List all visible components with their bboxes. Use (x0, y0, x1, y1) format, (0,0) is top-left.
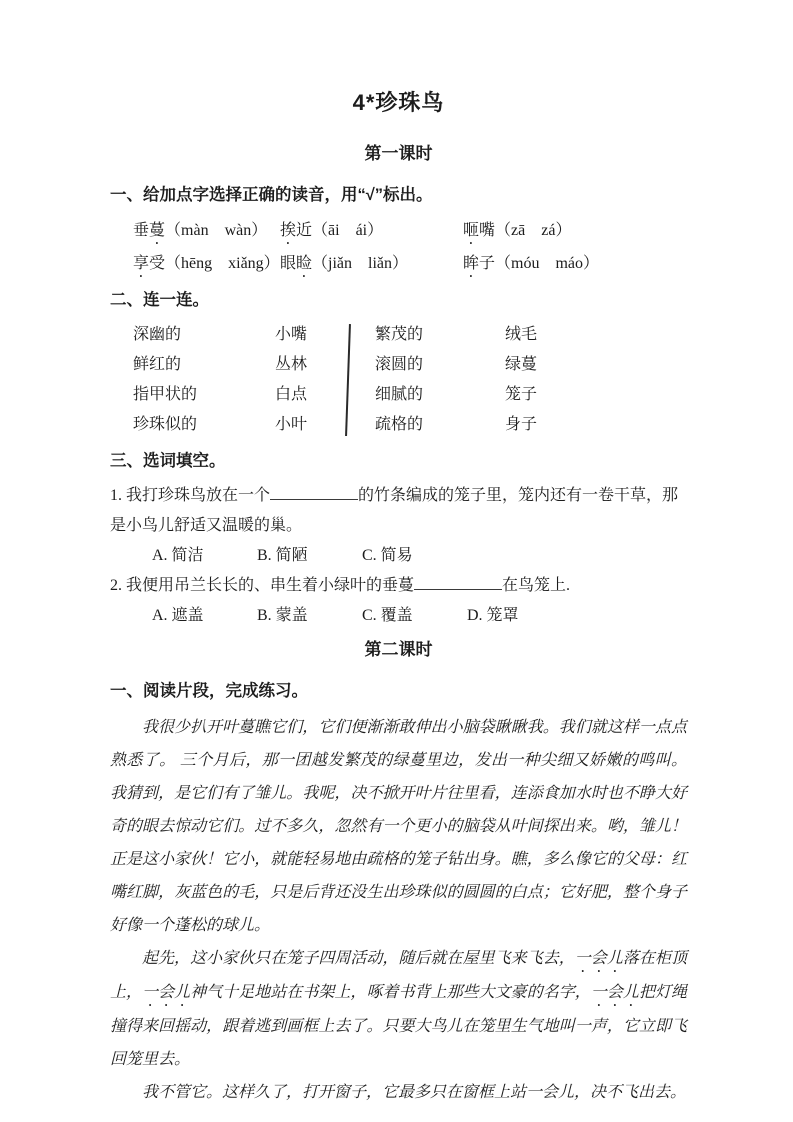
dotted-char: 蔓 (149, 222, 165, 239)
match-cell: 绒毛 (505, 320, 687, 350)
pinyin-exercise: 垂蔓（màn wàn） 挨近（āi ái） 咂嘴（zā zá） 享受（hēng … (110, 215, 687, 281)
pinyin-reading: （jiǎn liǎn） (312, 255, 408, 272)
match-row: 指甲状的 白点 细腻的 笼子 (133, 380, 687, 410)
pinyin-reading: （hēng xiǎng） (165, 255, 280, 272)
pinyin-word: 眼睑 (280, 255, 312, 272)
pinyin-item: 享受（hēng xiǎng） (133, 248, 280, 281)
match-row: 深幽的 小嘴 繁茂的 绒毛 (133, 320, 687, 350)
dotted-char: 眸 (463, 255, 479, 272)
option-label: C. 覆盖 (362, 601, 467, 631)
match-cell: 鲜红的 (133, 350, 275, 380)
passage-paragraph-3: 我不管它。这样久了，打开窗子，它最多只在窗框上站一会儿，决不飞出去。 (110, 1076, 687, 1109)
reading-exercise-heading: 一、阅读片段，完成练习。 (110, 678, 687, 704)
option-label: B. 简陋 (257, 541, 362, 571)
match-cell: 滚圆的 (375, 350, 505, 380)
question-2-options: A. 遮盖 B. 蒙盖 C. 覆盖 D. 笼罩 (110, 601, 687, 631)
match-cell: 小叶 (275, 410, 375, 440)
match-cell: 身子 (505, 410, 687, 440)
match-cell: 丛林 (275, 350, 375, 380)
pinyin-reading: （màn wàn） (165, 222, 267, 239)
pinyin-item: 挨近（āi ái） (280, 215, 463, 248)
match-cell: 细腻的 (375, 380, 505, 410)
pinyin-reading: （āi ái） (312, 222, 383, 239)
worksheet-page: 4*珍珠鸟 第一课时 一、给加点字选择正确的读音，用“√”标出。 垂蔓（màn … (0, 0, 793, 1122)
dotted-char: 睑 (296, 255, 312, 272)
match-table: 深幽的 小嘴 繁茂的 绒毛 鲜红的 丛林 滚圆的 绿蔓 指甲状的 白点 细腻的 … (110, 320, 687, 440)
option-label: A. 简洁 (152, 541, 257, 571)
question-1: 1. 我打珍珠鸟放在一个的竹条编成的笼子里，笼内还有一卷干草，那是小鸟儿舒适又温… (110, 481, 687, 541)
exercise-3-heading: 三、选词填空。 (110, 448, 687, 474)
pinyin-word: 眸子 (463, 255, 495, 272)
pinyin-item: 眼睑（jiǎn liǎn） (280, 248, 463, 281)
option-label: A. 遮盖 (152, 601, 257, 631)
dotted-char: 享 (133, 255, 149, 272)
match-cell: 笼子 (505, 380, 687, 410)
dotted-char: 咂 (463, 222, 479, 239)
match-row: 鲜红的 丛林 滚圆的 绿蔓 (133, 350, 687, 380)
pinyin-word: 咂嘴 (463, 222, 495, 239)
passage-text: 神气十足地站在书架上，啄着书背上那些大文豪的名字， (190, 984, 591, 1001)
session-2-title: 第二课时 (110, 635, 687, 660)
session-1-title: 第一课时 (110, 139, 687, 164)
question-1-options: A. 简洁 B. 简陋 C. 简易 (110, 541, 687, 571)
option-label: D. 笼罩 (467, 601, 572, 631)
match-cell: 繁茂的 (375, 320, 505, 350)
pinyin-item: 垂蔓（màn wàn） (133, 215, 280, 248)
passage-text: 起先，这小家伙只在笼子四周活动，随后就在屋里飞来飞去， (142, 950, 575, 967)
page-title: 4*珍珠鸟 (110, 86, 687, 117)
match-cell: 珍珠似的 (133, 410, 275, 440)
match-cell: 小嘴 (275, 320, 375, 350)
match-cell: 深幽的 (133, 320, 275, 350)
question-text: 在鸟笼上. (502, 577, 570, 594)
emphasis-run: 一会儿 (591, 984, 639, 1001)
match-cell: 指甲状的 (133, 380, 275, 410)
question-text: 我便用吊兰长长的、串生着小绿叶的垂蔓 (126, 577, 414, 594)
exercise-1-heading: 一、给加点字选择正确的读音，用“√”标出。 (110, 182, 687, 208)
passage-paragraph-2: 起先，这小家伙只在笼子四周活动，随后就在屋里飞来飞去，一会儿落在柜顶上，一会儿神… (110, 942, 687, 1076)
question-number: 2. (110, 577, 122, 594)
exercise-2-heading: 二、连一连。 (110, 287, 687, 313)
pinyin-item: 咂嘴（zā zá） (463, 215, 687, 248)
pinyin-reading: （móu máo） (495, 255, 599, 272)
pinyin-reading: （zā zá） (495, 222, 571, 239)
pinyin-word: 垂蔓 (133, 222, 165, 239)
pinyin-word: 享受 (133, 255, 165, 272)
option-label: B. 蒙盖 (257, 601, 362, 631)
emphasis-run: 一会儿 (142, 984, 190, 1001)
match-cell: 白点 (275, 380, 375, 410)
match-cell: 绿蔓 (505, 350, 687, 380)
pinyin-item: 眸子（móu máo） (463, 248, 687, 281)
match-row: 珍珠似的 小叶 疏格的 身子 (133, 410, 687, 440)
dotted-char: 挨 (280, 222, 296, 239)
question-2: 2. 我便用吊兰长长的、串生着小绿叶的垂蔓在鸟笼上. (110, 571, 687, 601)
question-number: 1. (110, 487, 122, 504)
option-label: C. 简易 (362, 541, 467, 571)
passage-paragraph-1: 我很少扒开叶蔓瞧它们，它们便渐渐敢伸出小脑袋瞅瞅我。我们就这样一点点熟悉了。 三… (110, 711, 687, 942)
fill-blank (414, 574, 502, 590)
pinyin-word: 挨近 (280, 222, 312, 239)
question-text: 我打珍珠鸟放在一个 (126, 487, 270, 504)
emphasis-run: 一会儿 (575, 950, 623, 967)
match-cell: 疏格的 (375, 410, 505, 440)
fill-blank (270, 484, 358, 500)
